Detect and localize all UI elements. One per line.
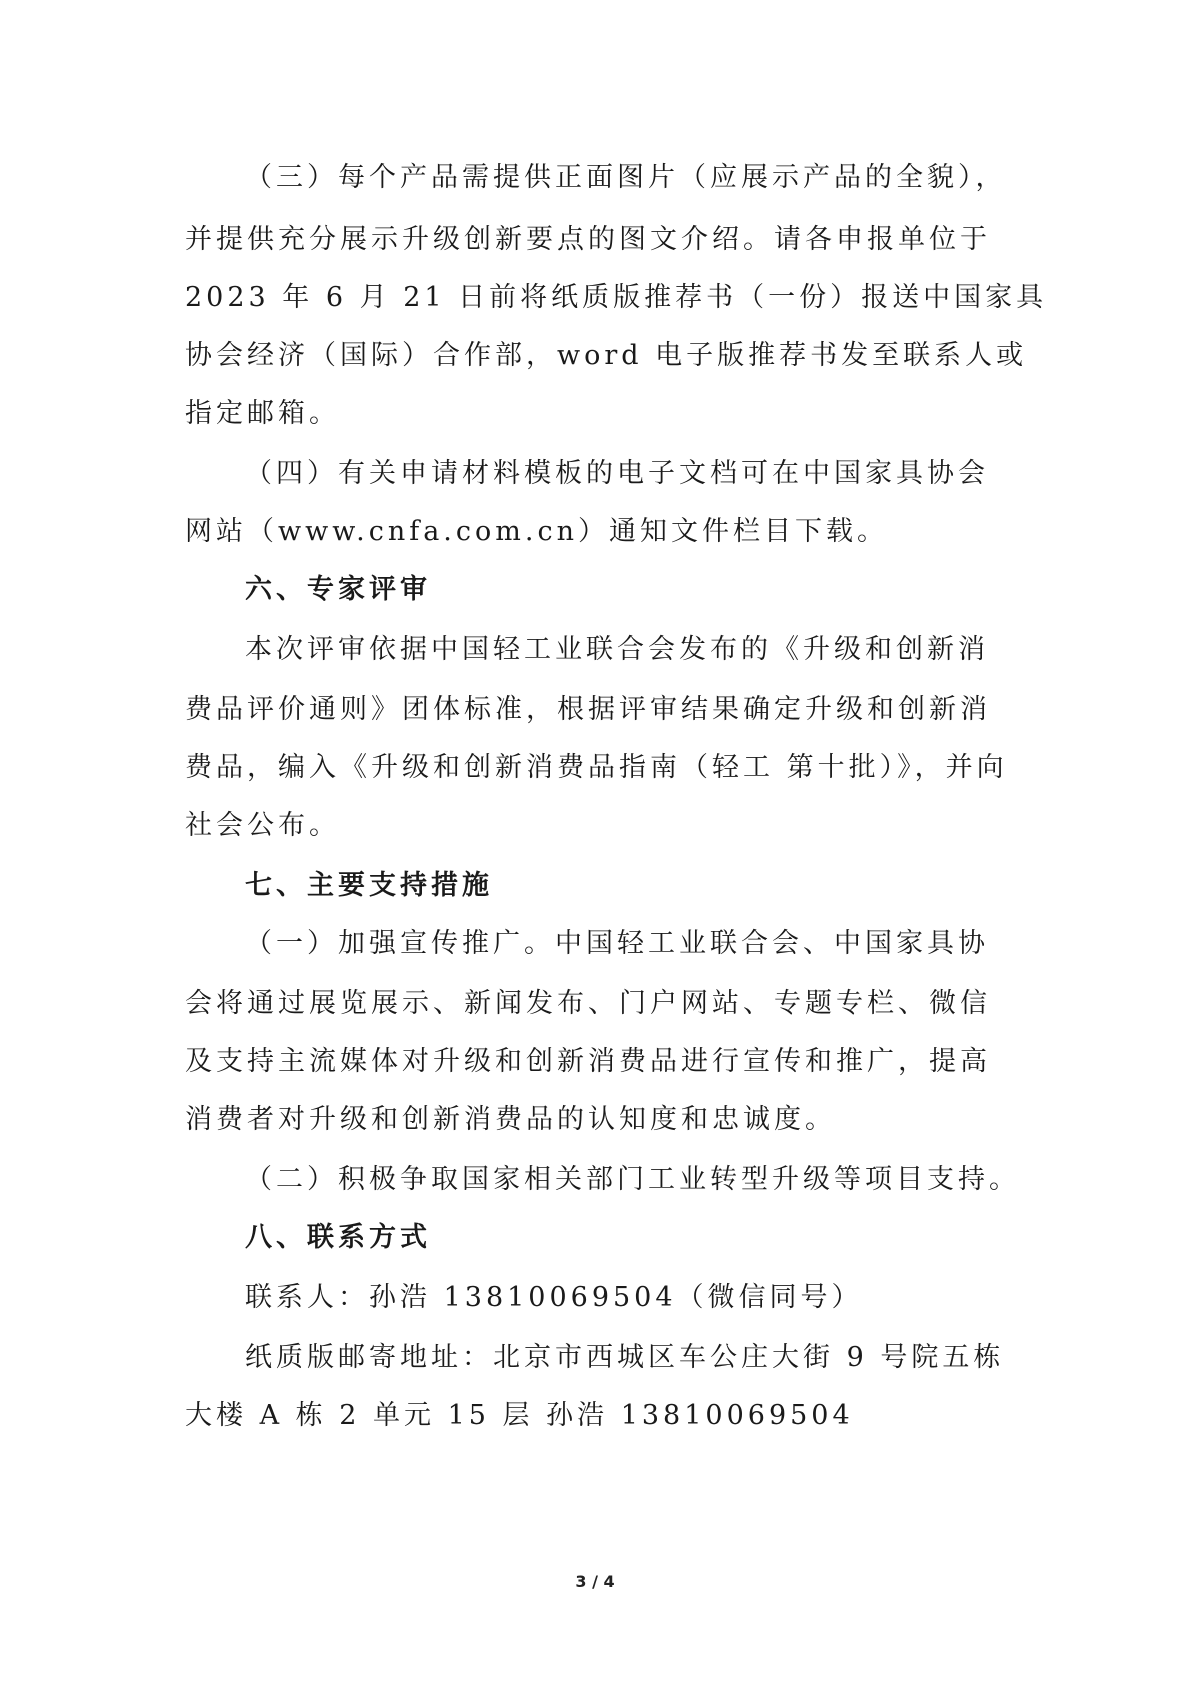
paragraph-line: 网站（www.cnfa.com.cn）通知文件栏目下载。 [185,514,888,550]
paragraph-line: （一）加强宣传推广。中国轻工业联合会、中国家具协 [245,926,989,962]
section-heading-contact: 八、联系方式 [245,1220,431,1256]
paragraph-line: （三）每个产品需提供正面图片（应展示产品的全貌）， [245,160,1007,196]
page-number: 3 / 4 [0,1572,1190,1591]
section-heading-support-measures: 七、主要支持措施 [245,868,493,904]
contact-person: 联系人：孙浩 13810069504（微信同号） [245,1280,863,1316]
paragraph-line: 本次评审依据中国轻工业联合会发布的《升级和创新消 [245,632,989,668]
mailing-address: 纸质版邮寄地址：北京市西城区车公庄大街 9 号院五栋 [245,1340,1004,1376]
paragraph-line: 费品评价通则》团体标准，根据评审结果确定升级和创新消 [185,692,991,728]
paragraph-line: 会将通过展览展示、新闻发布、门户网站、专题专栏、微信 [185,986,991,1022]
mailing-address-cont: 大楼 A 栋 2 单元 15 层 孙浩 13810069504 [185,1398,854,1434]
paragraph-line: 并提供充分展示升级创新要点的图文介绍。请各申报单位于 [185,222,991,258]
paragraph-line: 及支持主流媒体对升级和创新消费品进行宣传和推广，提高 [185,1044,991,1080]
section-heading-expert-review: 六、专家评审 [245,572,431,608]
paragraph-line: 协会经济（国际）合作部，word 电子版推荐书发至联系人或 [185,338,1027,374]
paragraph-line: （四）有关申请材料模板的电子文档可在中国家具协会 [245,456,989,492]
paragraph-line: 2023 年 6 月 21 日前将纸质版推荐书（一份）报送中国家具 [185,280,1047,316]
paragraph-line: （二）积极争取国家相关部门工业转型升级等项目支持。 [245,1162,1020,1198]
document-page: （三）每个产品需提供正面图片（应展示产品的全貌）， 并提供充分展示升级创新要点的… [0,0,1190,1682]
paragraph-line: 费品，编入《升级和创新消费品指南（轻工 第十批）》，并向 [185,750,1008,786]
paragraph-line: 指定邮箱。 [185,396,340,432]
paragraph-line: 社会公布。 [185,808,340,844]
paragraph-line: 消费者对升级和创新消费品的认知度和忠诚度。 [185,1102,836,1138]
